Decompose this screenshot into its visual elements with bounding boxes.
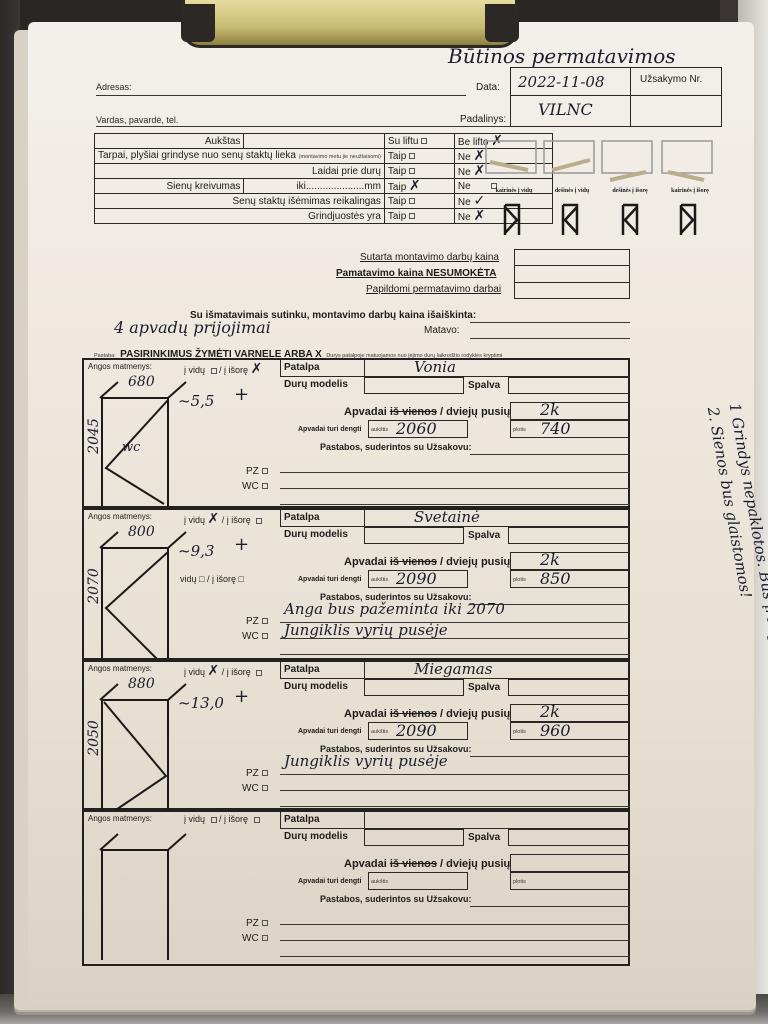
remark-1[interactable]: Anga bus pažeminta iki 2070 (284, 600, 505, 618)
remarks-label: Pastabos, suderintos su Užsakovu: (320, 894, 472, 904)
yes-label: Taip (388, 151, 406, 162)
wc-checkbox[interactable] (262, 483, 268, 489)
width-value[interactable]: 960 (540, 721, 571, 740)
wall-curvature-field[interactable]: iki.....................mm (244, 179, 384, 194)
wc-label: WC (242, 933, 259, 944)
room-value[interactable]: Vonia (414, 358, 456, 376)
remarks-line[interactable] (280, 806, 630, 807)
trim-a: Apvadai (344, 406, 390, 418)
door-section: Angos matmenys: į vidų / į išorę Patalpa… (82, 810, 630, 966)
order-number-label: Užsakymo Nr. (640, 74, 702, 85)
measure-price-field[interactable] (516, 267, 628, 281)
wc-label: WC (242, 631, 259, 642)
trim-sides-label: Apvadai iš vienos / dviejų pusių (344, 406, 510, 418)
branch-label: Padalinys: (460, 114, 506, 125)
direction-options: į vidų ✗ / į išorę (184, 512, 262, 526)
remarks-line[interactable] (280, 940, 630, 941)
trim-b: / dviejų pusių (437, 406, 510, 418)
room-value[interactable]: Miegamas (414, 660, 492, 678)
wall-thickness-value[interactable]: ~9,3 (178, 542, 214, 560)
condition-label: Laidai prie durų (95, 164, 385, 179)
date-label: Data: (476, 82, 500, 93)
inward-checkbox[interactable] (211, 368, 217, 374)
consent-signature-field[interactable] (470, 322, 630, 323)
divider (364, 662, 365, 679)
handwritten-note: 4 apvadų prijojimai (114, 318, 271, 337)
door-model-label: Durų modelis (284, 529, 348, 540)
opening-dims-label: Angos matmenys: (88, 664, 152, 673)
door-model-field[interactable] (364, 377, 464, 394)
inward-checkbox[interactable] (211, 817, 217, 823)
remarks-line[interactable] (280, 488, 630, 489)
inward-label: į vidų (184, 365, 205, 375)
pz-option[interactable]: PZ (246, 616, 268, 627)
outward-checkbox[interactable] (256, 518, 262, 524)
direction-options: į vidų ✗ / į išorę (184, 664, 262, 678)
door-symbol-left-out-icon (678, 203, 698, 237)
door-section: Angos matmenys: į vidų ✗ / į išorę Patal… (82, 508, 630, 660)
measure-price-label: Pamatavimo kaina NESUMOKĖTA (336, 268, 496, 279)
plus-mark: + (234, 384, 249, 405)
outward-label: / į išorę (219, 365, 248, 375)
with-lift-checkbox[interactable] (421, 138, 427, 144)
door-type-right-in[interactable]: dešinės į vidų (542, 138, 602, 194)
door-type-left-out[interactable]: kairinės į išorę (660, 138, 720, 194)
remarks-line[interactable] (280, 472, 630, 473)
pz-option[interactable]: PZ (246, 466, 268, 477)
opening-dims-label: Angos matmenys: (88, 362, 152, 371)
removal-no-checkbox-check[interactable]: ✓ (473, 193, 485, 209)
color-field[interactable] (508, 527, 630, 544)
removal-yes-checkbox[interactable] (409, 198, 415, 204)
trim-a: Apvadai (344, 858, 390, 870)
inward-label: į vidų (184, 667, 205, 677)
width-value[interactable]: 740 (540, 419, 571, 438)
door-section: Angos matmenys: į vidų ✗ / į išorę Patal… (82, 660, 630, 810)
door-model-field[interactable] (364, 527, 464, 544)
no-label: Ne (458, 152, 471, 163)
trim-sides-value[interactable]: 2k (540, 400, 560, 419)
trim-a: Apvadai (344, 556, 390, 568)
measurer-field[interactable] (470, 338, 630, 339)
color-field[interactable] (508, 679, 630, 696)
door-model-label: Durų modelis (284, 681, 348, 692)
door-type-caption: kairinės į išorę (660, 188, 720, 194)
yes-label: Taip (388, 166, 406, 177)
width-field[interactable] (510, 872, 630, 890)
trim-cover-label: Apvadai turi dengti (298, 576, 361, 583)
yes-label: Taip (388, 211, 406, 222)
trim-cover-label: Apvadai turi dengti (298, 426, 361, 433)
floor-value[interactable] (244, 134, 384, 149)
plus-mark: + (234, 534, 249, 555)
measurer-label: Matavo: (424, 325, 460, 336)
remarks-line[interactable] (280, 774, 630, 775)
room-label: Patalpa (284, 512, 320, 523)
skirting-yes-checkbox[interactable] (409, 213, 415, 219)
trim-sides-value[interactable]: 2k (540, 550, 560, 569)
yes-label: Taip (388, 182, 406, 193)
room-label: Patalpa (284, 362, 320, 373)
header-divider-h (510, 95, 722, 96)
plus-mark: + (234, 686, 249, 707)
wc-label: WC (242, 481, 259, 492)
trim-sides-value[interactable]: 2k (540, 702, 560, 721)
pz-label: PZ (246, 768, 259, 779)
clipboard-clip (182, 0, 518, 48)
no-label: Ne (458, 181, 471, 192)
extra-work-label: Papildomi permatavimo darbai (366, 284, 501, 295)
remarks-line[interactable] (470, 756, 630, 757)
skirting-no-checkbox-x[interactable]: ✗ (473, 208, 485, 224)
height-value[interactable]: 2060 (396, 419, 437, 438)
inward-checkbox[interactable]: ✗ (208, 663, 220, 679)
color-field[interactable] (508, 377, 630, 394)
direction-options: į vidų / į išorę (184, 814, 260, 824)
trim-sides-field[interactable] (510, 552, 630, 570)
yes-label: Su liftu (388, 136, 419, 147)
no-label: Ne (458, 167, 471, 178)
price-divider (514, 282, 630, 283)
opening-height-value[interactable]: 2070 (86, 568, 102, 604)
pz-label: PZ (246, 616, 259, 627)
door-model-field[interactable] (364, 679, 464, 696)
wc-option[interactable]: WC (242, 933, 268, 944)
sketch-note: wc (122, 440, 140, 455)
inward-checkbox[interactable]: ✗ (208, 511, 220, 527)
yes-label: Taip (388, 196, 406, 207)
trim-sides-field[interactable] (510, 704, 630, 722)
wc-option[interactable]: WC (242, 481, 268, 492)
wc-option[interactable]: WC (242, 783, 268, 794)
date-value[interactable]: 2022-11-08 (518, 73, 604, 91)
remark-1[interactable]: Jungiklis vyrių pusėje (284, 752, 448, 770)
remarks-line[interactable] (470, 906, 630, 907)
trim-b: / dviejų pusių (437, 556, 510, 568)
pz-option[interactable]: PZ (246, 918, 268, 929)
opening-width-value[interactable]: 880 (128, 676, 155, 692)
trim-b: / dviejų pusių (437, 858, 510, 870)
trim-a: Apvadai (344, 708, 390, 720)
room-label: Patalpa (284, 664, 320, 675)
door-type-caption: dešinės į vidų (542, 188, 602, 194)
opening-width-value[interactable]: 800 (128, 524, 155, 540)
wall-thickness-value[interactable]: ~13,0 (178, 694, 224, 712)
condition-label: Senų staktų išėmimas reikalingas (95, 194, 385, 209)
door-model-label: Durų modelis (284, 831, 348, 842)
width-label: plotis (513, 879, 526, 885)
color-label: Spalva (468, 380, 500, 391)
door-section: Angos matmenys: į vidų / į išorę ✗ Patal… (82, 358, 630, 508)
door-type-left-in[interactable]: kairinės į vidų (484, 138, 544, 194)
door-swing-icon (660, 138, 720, 183)
remarks-label: Pastabos, suderintos su Užsakovu: (320, 442, 472, 452)
address-field[interactable] (96, 95, 466, 96)
inward-label: į vidų (184, 814, 205, 824)
address-label: Adresas: (96, 82, 132, 92)
height-label: aukštis (371, 879, 388, 885)
wc-checkbox[interactable] (262, 633, 268, 639)
pz-option[interactable]: PZ (246, 768, 268, 779)
trim-sides-label: Apvadai iš vienos / dviejų pusių (344, 858, 510, 870)
width-label: plotis (513, 729, 526, 735)
price-divider (514, 265, 630, 266)
trim-sides-label: Apvadai iš vienos / dviejų pusių (344, 556, 510, 568)
walls-yes-checkbox-x[interactable]: ✗ (409, 178, 421, 194)
color-label: Spalva (468, 682, 500, 693)
condition-row-removal: Senų staktų išėmimas reikalingas Taip Ne… (95, 194, 553, 209)
door-type-caption: kairinės į vidų (484, 188, 544, 194)
extra-work-field[interactable] (516, 284, 628, 298)
outward-label: / į išorę (222, 515, 251, 525)
room-row (280, 812, 630, 829)
trim-sides-field[interactable] (510, 402, 630, 420)
remarks-line[interactable] (280, 504, 630, 505)
room-value[interactable]: Svetainė (414, 508, 480, 526)
agreed-price-field[interactable] (516, 250, 628, 264)
door-model-field[interactable] (364, 829, 464, 846)
color-label: Spalva (468, 530, 500, 541)
condition-sublabel: (montavimo metu jie neužtaisomi) (299, 154, 381, 160)
color-label: Spalva (468, 832, 500, 843)
door-model-label: Durų modelis (284, 379, 348, 390)
condition-label: Tarpai, plyšiai grindyse nuo senų staktų… (98, 150, 296, 161)
condition-label: Grindjuostės yra (95, 209, 385, 224)
door-swing-icon (484, 138, 544, 183)
room-label: Patalpa (284, 814, 320, 825)
remarks-line[interactable] (280, 924, 630, 925)
width-label: plotis (513, 427, 526, 433)
wires-yes-checkbox[interactable] (409, 168, 415, 174)
trim-sides-field[interactable] (510, 854, 630, 872)
trim-cover-label: Apvadai turi dengti (298, 728, 361, 735)
door-swing-icon (542, 138, 602, 183)
divider (364, 812, 365, 829)
divider (364, 510, 365, 527)
wc-checkbox[interactable] (262, 785, 268, 791)
name-label: Vardas, pavardė, tel. (96, 115, 178, 125)
header-divider-v (630, 67, 631, 127)
direction-options: į vidų / į išorę ✗ (184, 362, 262, 376)
remarks-line[interactable] (280, 956, 630, 957)
divider (364, 360, 365, 377)
height-label: aukštis (371, 577, 388, 583)
remarks-line[interactable] (280, 790, 630, 791)
height-label: aukštis (371, 427, 388, 433)
form-title-handwritten: Būtinos permatavimos (448, 44, 676, 68)
door-symbol-right-in-icon (560, 203, 580, 237)
height-value[interactable]: 2090 (396, 569, 437, 588)
trim-cover-label: Apvadai turi dengti (298, 878, 361, 885)
opening-height-value[interactable]: 2050 (86, 720, 102, 756)
inward-label: į vidų (184, 515, 205, 525)
door-type-caption: dešinės į išorę (600, 188, 660, 194)
agreed-price-label: Sutarta montavimo darbų kaina (360, 252, 499, 263)
wc-option[interactable]: WC (242, 631, 268, 642)
name-field[interactable] (96, 126, 516, 127)
pz-checkbox[interactable] (262, 770, 268, 776)
condition-row-skirting: Grindjuostės yra Taip Ne ✗ (95, 209, 553, 224)
wall-thickness-value[interactable]: ~5,5 (178, 392, 214, 410)
opening-dims-label: Angos matmenys: (88, 512, 152, 521)
width-label: plotis (513, 577, 526, 583)
trim-one-side: iš vienos (390, 556, 437, 568)
door-swing-icon (600, 138, 660, 183)
opening-dims-label: Angos matmenys: (88, 814, 152, 823)
pz-checkbox[interactable] (262, 618, 268, 624)
condition-label: Sienų kreivumas (95, 179, 244, 194)
opening-width-value[interactable]: 680 (128, 374, 155, 390)
trim-b: / dviejų pusių (437, 708, 510, 720)
condition-label: Aukštas (95, 134, 244, 149)
pz-label: PZ (246, 466, 259, 477)
trim-one-side: iš vienos (390, 406, 437, 418)
branch-value[interactable]: VILNC (538, 100, 593, 119)
trim-sides-label: Apvadai iš vienos / dviejų pusių (344, 708, 510, 720)
pz-label: PZ (246, 918, 259, 929)
outward-label: / į išorę (222, 667, 251, 677)
outward-label: / į išorę (219, 814, 248, 824)
remark-2[interactable]: Jungiklis vyrių pusėje (284, 621, 448, 639)
remarks-line[interactable] (280, 654, 630, 655)
pz-checkbox[interactable] (262, 468, 268, 474)
pz-checkbox[interactable] (262, 920, 268, 926)
wc-label: WC (242, 783, 259, 794)
trim-one-side: iš vienos (390, 858, 437, 870)
height-value[interactable]: 2090 (396, 721, 437, 740)
door-symbol-left-in-icon (502, 203, 522, 237)
color-field[interactable] (508, 829, 630, 846)
remarks-line[interactable] (470, 454, 630, 455)
outward-checkbox[interactable] (254, 817, 260, 823)
no-label: Ne (458, 197, 471, 208)
door-type-right-out[interactable]: dešinės į išorę (600, 138, 660, 194)
height-label: aukštis (371, 729, 388, 735)
outward-checkbox[interactable] (256, 670, 262, 676)
trim-one-side: iš vienos (390, 708, 437, 720)
door-sketch (90, 828, 200, 960)
door-symbol-right-out-icon (620, 203, 640, 237)
outward-checkbox[interactable]: ✗ (251, 361, 263, 377)
width-value[interactable]: 850 (540, 569, 571, 588)
no-label: Ne (458, 212, 471, 223)
opening-height-value[interactable]: 2045 (86, 418, 102, 454)
gaps-yes-checkbox[interactable] (409, 153, 415, 159)
wc-checkbox[interactable] (262, 935, 268, 941)
